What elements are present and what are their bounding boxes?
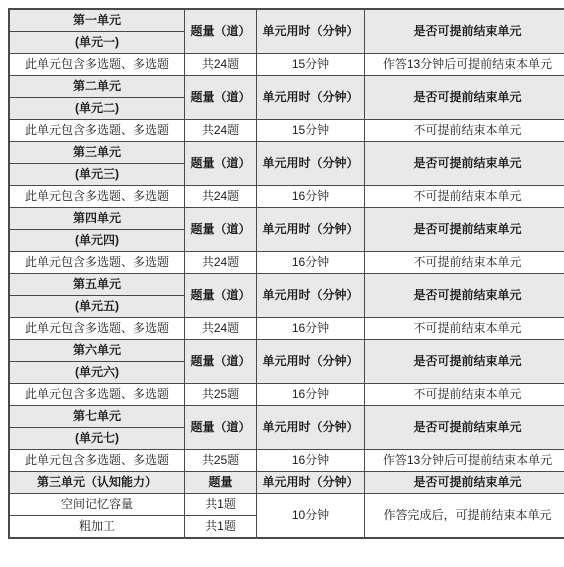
unit-7-time-header: 单元用时（分钟） <box>257 406 365 450</box>
unit-4-end-header: 是否可提前结束单元 <box>365 208 564 252</box>
unit-3-end: 不可提前结束本单元 <box>365 186 564 208</box>
unit-6-subtitle: (单元六) <box>9 362 185 384</box>
unit-2-desc: 此单元包含多选题、多选题 <box>9 120 185 142</box>
unit-6-time-header: 单元用时（分钟） <box>257 340 365 384</box>
unit-6-qty: 共25题 <box>185 384 257 406</box>
unit-schedule-table: 第一单元 题量（道） 单元用时（分钟） 是否可提前结束单元 (单元一) 此单元包… <box>8 8 564 539</box>
unit-6-qty-header: 题量（道） <box>185 340 257 384</box>
unit-5-time: 16分钟 <box>257 318 365 340</box>
unit-2-qty-header: 题量（道） <box>185 76 257 120</box>
unit-1-time: 15分钟 <box>257 54 365 76</box>
cognitive-row-2-qty: 共1题 <box>185 516 257 539</box>
unit-5-end-header: 是否可提前结束单元 <box>365 274 564 318</box>
unit-1-desc: 此单元包含多选题、多选题 <box>9 54 185 76</box>
unit-7-subtitle: (单元七) <box>9 428 185 450</box>
unit-2-end: 不可提前结束本单元 <box>365 120 564 142</box>
schedule-table: 第一单元 题量（道） 单元用时（分钟） 是否可提前结束单元 (单元一) 此单元包… <box>8 8 564 539</box>
unit-1-time-header: 单元用时（分钟） <box>257 9 365 54</box>
unit-4-title-row: 第四单元 题量（道） 单元用时（分钟） 是否可提前结束单元 <box>9 208 564 230</box>
cognitive-qty-header: 题量 <box>185 472 257 494</box>
unit-4-time: 16分钟 <box>257 252 365 274</box>
unit-6-title-row: 第六单元 题量（道） 单元用时（分钟） 是否可提前结束单元 <box>9 340 564 362</box>
unit-2-end-header: 是否可提前结束单元 <box>365 76 564 120</box>
cognitive-title: 第三单元（认知能力） <box>9 472 185 494</box>
unit-5-time-header: 单元用时（分钟） <box>257 274 365 318</box>
unit-7-end: 作答13分钟后可提前结束本单元 <box>365 450 564 472</box>
unit-2-qty: 共24题 <box>185 120 257 142</box>
unit-2-title-row: 第二单元 题量（道） 单元用时（分钟） 是否可提前结束单元 <box>9 76 564 98</box>
unit-3-subtitle: (单元三) <box>9 164 185 186</box>
unit-1-title-row: 第一单元 题量（道） 单元用时（分钟） 是否可提前结束单元 <box>9 9 564 32</box>
unit-6-end-header: 是否可提前结束单元 <box>365 340 564 384</box>
unit-6-data-row: 此单元包含多选题、多选题 共25题 16分钟 不可提前结束本单元 <box>9 384 564 406</box>
unit-1-end-header: 是否可提前结束单元 <box>365 9 564 54</box>
unit-4-title: 第四单元 <box>9 208 185 230</box>
unit-2-subtitle: (单元二) <box>9 98 185 120</box>
unit-5-qty-header: 题量（道） <box>185 274 257 318</box>
unit-7-qty-header: 题量（道） <box>185 406 257 450</box>
unit-2-time-header: 单元用时（分钟） <box>257 76 365 120</box>
cognitive-end-header: 是否可提前结束单元 <box>365 472 564 494</box>
unit-3-desc: 此单元包含多选题、多选题 <box>9 186 185 208</box>
unit-4-qty-header: 题量（道） <box>185 208 257 252</box>
unit-3-end-header: 是否可提前结束单元 <box>365 142 564 186</box>
cognitive-end: 作答完成后，可提前结束本单元 <box>365 494 564 539</box>
unit-4-time-header: 单元用时（分钟） <box>257 208 365 252</box>
unit-6-title: 第六单元 <box>9 340 185 362</box>
unit-5-subtitle: (单元五) <box>9 296 185 318</box>
unit-5-title: 第五单元 <box>9 274 185 296</box>
unit-6-end: 不可提前结束本单元 <box>365 384 564 406</box>
unit-1-qty: 共24题 <box>185 54 257 76</box>
cognitive-header-row: 第三单元（认知能力） 题量 单元用时（分钟） 是否可提前结束单元 <box>9 472 564 494</box>
unit-4-end: 不可提前结束本单元 <box>365 252 564 274</box>
unit-1-end: 作答13分钟后可提前结束本单元 <box>365 54 564 76</box>
unit-3-time-header: 单元用时（分钟） <box>257 142 365 186</box>
unit-6-time: 16分钟 <box>257 384 365 406</box>
unit-5-end: 不可提前结束本单元 <box>365 318 564 340</box>
cognitive-row-1-qty: 共1题 <box>185 494 257 516</box>
unit-1-title: 第一单元 <box>9 9 185 32</box>
unit-4-subtitle: (单元四) <box>9 230 185 252</box>
unit-7-desc: 此单元包含多选题、多选题 <box>9 450 185 472</box>
cognitive-row-1: 空间记忆容量 共1题 10分钟 作答完成后，可提前结束本单元 <box>9 494 564 516</box>
unit-3-time: 16分钟 <box>257 186 365 208</box>
unit-7-end-header: 是否可提前结束单元 <box>365 406 564 450</box>
unit-1-qty-header: 题量（道） <box>185 9 257 54</box>
unit-2-time: 15分钟 <box>257 120 365 142</box>
unit-7-time: 16分钟 <box>257 450 365 472</box>
unit-7-qty: 共25题 <box>185 450 257 472</box>
unit-7-title-row: 第七单元 题量（道） 单元用时（分钟） 是否可提前结束单元 <box>9 406 564 428</box>
unit-1-data-row: 此单元包含多选题、多选题 共24题 15分钟 作答13分钟后可提前结束本单元 <box>9 54 564 76</box>
unit-3-title-row: 第三单元 题量（道） 单元用时（分钟） 是否可提前结束单元 <box>9 142 564 164</box>
unit-3-qty-header: 题量（道） <box>185 142 257 186</box>
unit-7-title: 第七单元 <box>9 406 185 428</box>
unit-3-data-row: 此单元包含多选题、多选题 共24题 16分钟 不可提前结束本单元 <box>9 186 564 208</box>
unit-4-data-row: 此单元包含多选题、多选题 共24题 16分钟 不可提前结束本单元 <box>9 252 564 274</box>
cognitive-row-2-name: 粗加工 <box>9 516 185 539</box>
unit-7-data-row: 此单元包含多选题、多选题 共25题 16分钟 作答13分钟后可提前结束本单元 <box>9 450 564 472</box>
unit-5-title-row: 第五单元 题量（道） 单元用时（分钟） 是否可提前结束单元 <box>9 274 564 296</box>
unit-5-qty: 共24题 <box>185 318 257 340</box>
unit-2-data-row: 此单元包含多选题、多选题 共24题 15分钟 不可提前结束本单元 <box>9 120 564 142</box>
unit-5-desc: 此单元包含多选题、多选题 <box>9 318 185 340</box>
cognitive-row-1-name: 空间记忆容量 <box>9 494 185 516</box>
unit-1-subtitle: (单元一) <box>9 32 185 54</box>
cognitive-time-header: 单元用时（分钟） <box>257 472 365 494</box>
unit-3-qty: 共24题 <box>185 186 257 208</box>
unit-5-data-row: 此单元包含多选题、多选题 共24题 16分钟 不可提前结束本单元 <box>9 318 564 340</box>
unit-4-qty: 共24题 <box>185 252 257 274</box>
cognitive-time: 10分钟 <box>257 494 365 539</box>
unit-4-desc: 此单元包含多选题、多选题 <box>9 252 185 274</box>
unit-3-title: 第三单元 <box>9 142 185 164</box>
unit-2-title: 第二单元 <box>9 76 185 98</box>
unit-6-desc: 此单元包含多选题、多选题 <box>9 384 185 406</box>
